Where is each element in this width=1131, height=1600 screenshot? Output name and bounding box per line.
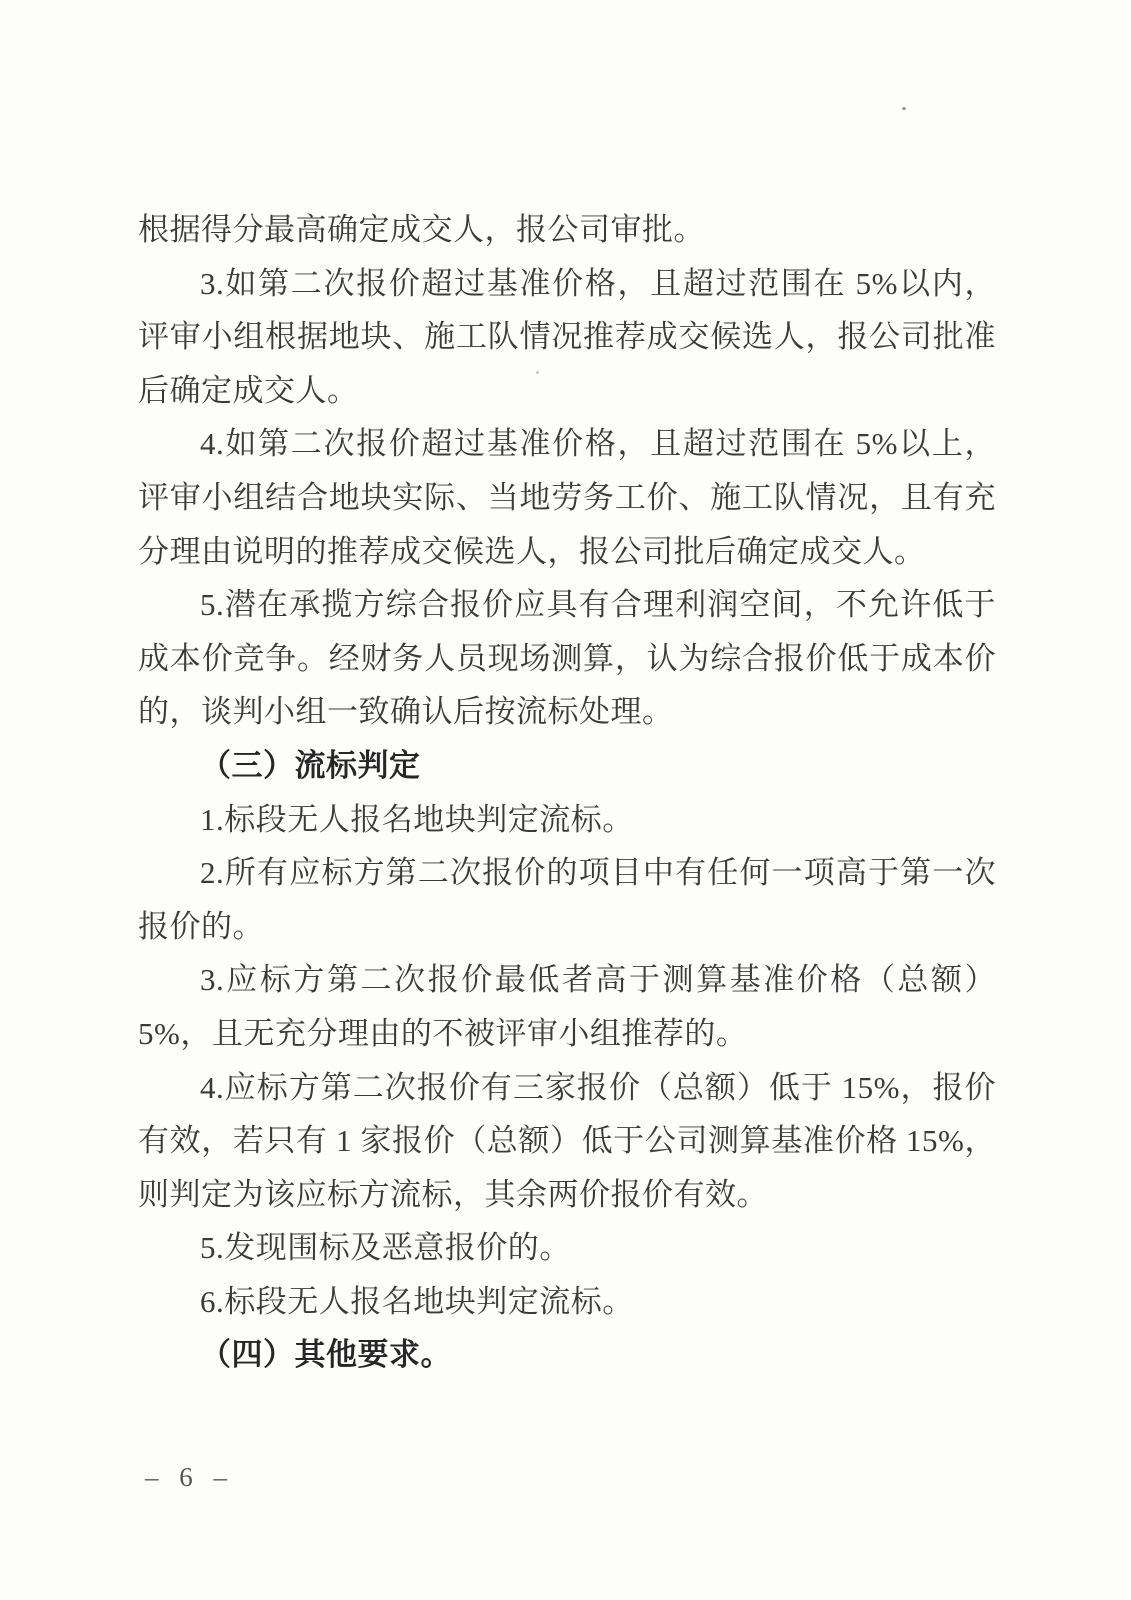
section-heading-other-requirements: （四）其他要求。 bbox=[138, 1328, 996, 1382]
scan-speck bbox=[902, 107, 906, 110]
paragraph-continuation: 根据得分最高确定成交人，报公司审批。 bbox=[138, 203, 996, 257]
document-body: 根据得分最高确定成交人，报公司审批。 3.如第二次报价超过基准价格，且超过范围在… bbox=[138, 203, 996, 1382]
paragraph-failed-bid-2: 2.所有应标方第二次报价的项目中有任何一项高于第一次报价的。 bbox=[138, 846, 996, 953]
paragraph-failed-bid-3: 3.应标方第二次报价最低者高于测算基准价格（总额）5%，且无充分理由的不被评审小… bbox=[138, 953, 996, 1060]
document-page: 根据得分最高确定成交人，报公司审批。 3.如第二次报价超过基准价格，且超过范围在… bbox=[0, 0, 1131, 1600]
paragraph-item-5: 5.潜在承揽方综合报价应具有合理利润空间，不允许低于成本价竞争。经财务人员现场测… bbox=[138, 578, 996, 739]
scan-speck bbox=[536, 371, 539, 374]
page-number: – 6 – bbox=[145, 1462, 229, 1493]
paragraph-failed-bid-1: 1.标段无人报名地块判定流标。 bbox=[138, 793, 996, 847]
paragraph-failed-bid-5: 5.发现围标及恶意报价的。 bbox=[138, 1221, 996, 1275]
section-heading-failed-bid: （三）流标判定 bbox=[138, 739, 996, 793]
paragraph-item-3: 3.如第二次报价超过基准价格，且超过范围在 5%以内，评审小组根据地块、施工队情… bbox=[138, 257, 996, 418]
paragraph-failed-bid-4: 4.应标方第二次报价有三家报价（总额）低于 15%，报价有效，若只有 1 家报价… bbox=[138, 1061, 996, 1222]
paragraph-failed-bid-6: 6.标段无人报名地块判定流标。 bbox=[138, 1275, 996, 1329]
scan-speck bbox=[776, 612, 779, 614]
paragraph-item-4: 4.如第二次报价超过基准价格，且超过范围在 5%以上，评审小组结合地块实际、当地… bbox=[138, 417, 996, 578]
